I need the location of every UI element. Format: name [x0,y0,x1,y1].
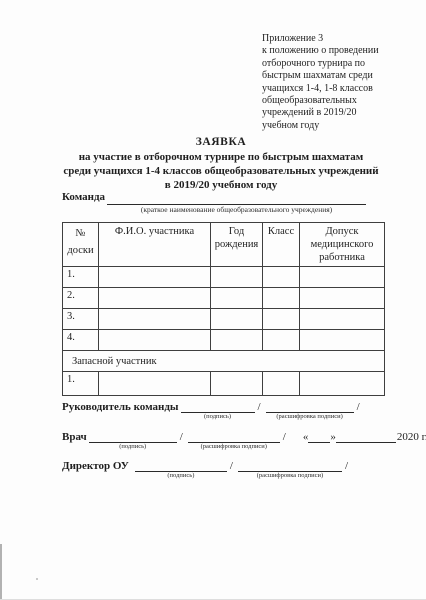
doctor-signature-row: Врач (подпись) / (расшифровка подписи) /… [62,430,426,443]
annex-line: отборочного турнира по [262,58,420,70]
medical-cell [300,372,385,396]
slash-separator: / [345,460,348,472]
name-caption: (расшифровка подписи) [188,443,280,450]
medical-cell [300,330,385,351]
date-day-blank-line [308,430,330,443]
table-row: 4. [63,330,385,351]
annex-line: быстрым шахматам среди [262,70,420,82]
annex-reference-block: Приложение 3 к положению о проведении от… [262,33,420,132]
annex-line: Приложение 3 [262,33,420,45]
scan-speck-artifact [36,578,38,580]
director-label: Директор ОУ [62,460,129,472]
team-field-row: Команда (краткое наименование общеобразо… [62,191,366,205]
director-signature-row: Директор ОУ (подпись) / (расшифровка под… [62,459,351,472]
form-subtitle-line: на участие в отборочном турнире по быстр… [34,150,408,164]
row-number-cell: 3. [63,309,99,330]
row-number-cell: 2. [63,288,99,309]
medical-cell [300,288,385,309]
annex-line: к положению о проведении [262,45,420,57]
grade-cell [263,372,300,396]
birth-year-cell [211,330,263,351]
col-header-board-number: № доски [63,223,99,267]
name-cell [99,372,211,396]
table-row: 3. [63,309,385,330]
row-number-cell: 1. [63,372,99,396]
signature-caption: (подпись) [135,472,227,479]
name-cell [99,267,211,288]
signature-caption: (подпись) [89,443,177,450]
slash-separator: / [180,431,183,443]
grade-cell [263,267,300,288]
table-row: 2. [63,288,385,309]
grade-cell [263,288,300,309]
form-subtitle-line: среди учащихся 1-4 классов общеобразоват… [34,164,408,178]
leader-name-blank-line: (расшифровка подписи) [266,400,354,413]
reserve-table-row: 1. [63,372,385,396]
date-year: 2020 г. [397,431,426,443]
leader-signature-row: Руководитель команды (подпись) / (расшиф… [62,400,363,413]
grade-cell [263,330,300,351]
birth-year-cell [211,288,263,309]
date-month-blank-line [336,430,396,443]
leader-signature-blank-line: (подпись) [181,400,255,413]
col-header-birth-year: Год рождения [211,223,263,267]
annex-line: учебном году [262,120,420,132]
doctor-label: Врач [62,431,87,443]
team-name-blank-line: (краткое наименование общеобразовательно… [107,191,366,205]
form-subtitle-line: в 2019/20 учебном году [34,178,408,192]
name-cell [99,288,211,309]
col-header-participant-name: Ф.И.О. участника [99,223,211,267]
doctor-name-blank-line: (расшифровка подписи) [188,430,280,443]
table-header-row: № доски Ф.И.О. участника Год рождения Кл… [63,223,385,267]
birth-year-cell [211,309,263,330]
name-cell [99,309,211,330]
row-number-cell: 4. [63,330,99,351]
annex-line: общеобразовательных [262,95,420,107]
annex-line: учреждений в 2019/20 [262,107,420,119]
participants-table: № доски Ф.И.О. участника Год рождения Кл… [62,222,385,396]
team-label: Команда [62,191,105,203]
director-name-blank-line: (расшифровка подписи) [238,459,342,472]
application-form-page: Приложение 3 к положению о проведении от… [0,0,426,600]
leader-label: Руководитель команды [62,401,179,413]
grade-cell [263,309,300,330]
director-signature-blank-line: (подпись) [135,459,227,472]
name-caption: (расшифровка подписи) [238,472,342,479]
slash-separator: / [258,401,261,413]
birth-year-cell [211,372,263,396]
table-row: 1. [63,267,385,288]
slash-separator: / [230,460,233,472]
slash-separator: / [357,401,360,413]
name-caption: (расшифровка подписи) [266,413,354,420]
annex-line: учащихся 1-4, 1-8 классов [262,83,420,95]
doctor-signature-blank-line: (подпись) [89,430,177,443]
medical-cell [300,309,385,330]
team-name-caption: (краткое наименование общеобразовательно… [107,205,366,214]
birth-year-cell [211,267,263,288]
scan-edge-artifact [0,544,2,600]
reserve-section-label: Запасной участник [63,351,385,372]
col-header-medical-clearance: Допуск медицинского работника [300,223,385,267]
form-title-block: ЗАЯВКА на участие в отборочном турнире п… [34,136,408,192]
row-number-cell: 1. [63,267,99,288]
form-heading: ЗАЯВКА [34,136,408,148]
medical-cell [300,267,385,288]
col-header-grade: Класс [263,223,300,267]
reserve-section-row: Запасной участник [63,351,385,372]
name-cell [99,330,211,351]
slash-separator: / [283,431,286,443]
signature-caption: (подпись) [181,413,255,420]
